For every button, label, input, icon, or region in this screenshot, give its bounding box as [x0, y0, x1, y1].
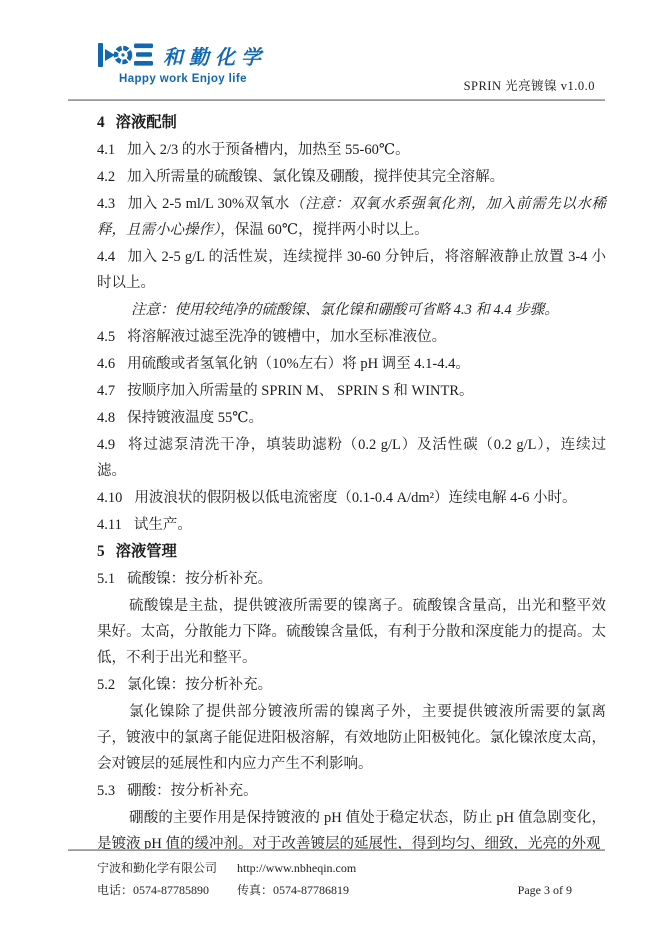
text-segment: 注意：使用较纯净的硫酸镍、氯化镍和硼酸可省略 4.3 和 4.4 步骤。 [131, 302, 559, 318]
page-indicator: Page 3 of 9 [518, 879, 572, 901]
company-logo: 和勤化学 Happy work Enjoy life [97, 40, 267, 85]
text-segment: 硫酸镍：按分析补充。 [127, 571, 272, 587]
item-number: 5.2 [97, 677, 115, 693]
text-segment: ，保温 60℃，搅拌两小时以上。 [220, 222, 428, 238]
footer-phone: 电话：0574-87785890 [97, 879, 237, 901]
document-body: 4溶液配制4.1加入 2/3 的水于预备槽内，加热至 55-60℃。4.2加入所… [97, 109, 606, 857]
item-number: 4.1 [97, 142, 115, 158]
item-number: 4.2 [97, 169, 115, 185]
note-line: 注意：使用较纯净的硫酸镍、氯化镍和硼酸可省略 4.3 和 4.4 步骤。 [97, 297, 606, 323]
text-segment: 加入 2-5 g/L 的活性炭，连续搅拌 30-60 分钟后，将溶解液静止放置 … [97, 249, 606, 291]
document-reference: SPRIN 光亮镀镍 v1.0.0 [464, 76, 595, 94]
section-number: 4 [97, 114, 105, 131]
logo-row: 和勤化学 [97, 40, 267, 70]
company-name-cn: 和勤化学 [163, 41, 267, 70]
text-segment: 加入 2-5 ml/L 30%双氧水 [127, 196, 290, 212]
text-segment: 加入 2/3 的水于预备槽内，加热至 55-60℃。 [127, 142, 409, 158]
footer-divider [68, 849, 605, 851]
list-item-4.5: 4.5将溶解液过滤至洗净的镀槽中，加水至标准液位。 [97, 324, 606, 350]
item-number: 4.6 [97, 356, 115, 372]
text-segment: 将溶解液过滤至洗净的镀槽中，加水至标准液位。 [127, 329, 446, 345]
list-item-5.2: 5.2氯化镍：按分析补充。 [97, 672, 606, 698]
text-segment: 硼酸：按分析补充。 [127, 783, 258, 799]
document-page: 和勤化学 Happy work Enjoy life SPRIN 光亮镀镍 v1… [0, 0, 671, 950]
item-number: 4.11 [97, 517, 122, 533]
item-number: 4.8 [97, 410, 115, 426]
footer-row-2: 电话：0574-87785890 传真：0574-87786819 Page 3… [97, 879, 572, 901]
body-paragraph: 硫酸镍是主盐，提供镀液所需要的镍离子。硫酸镍含量高，出光和整平效果好。太高，分散… [97, 593, 606, 671]
body-paragraph: 氯化镍除了提供部分镀液所需的镍离子外，主要提供镀液所需要的氯离子，镀液中的氯离子… [97, 699, 606, 777]
text-segment: 硫酸镍是主盐，提供镀液所需要的镍离子。硫酸镍含量高，出光和整平效果好。太高，分散… [97, 598, 606, 666]
section-title: 溶液管理 [116, 543, 177, 560]
list-item-4.9: 4.9将过滤泵清洗干净，填装助滤粉（0.2 g/L）及活性碳（0.2 g/L），… [97, 432, 606, 484]
item-number: 4.4 [97, 249, 115, 265]
list-item-5.3: 5.3硼酸：按分析补充。 [97, 778, 606, 804]
item-number: 5.3 [97, 783, 115, 799]
text-segment: 试生产。 [134, 517, 192, 533]
list-item-4.4: 4.4加入 2-5 g/L 的活性炭，连续搅拌 30-60 分钟后，将溶解液静止… [97, 244, 606, 296]
company-tagline: Happy work Enjoy life [97, 73, 267, 85]
section-heading: 5溶液管理 [97, 539, 606, 565]
text-segment: 用波浪状的假阴极以低电流密度（0.1-0.4 A/dm²）连续电解 4-6 小时… [134, 490, 576, 506]
list-item-4.6: 4.6用硫酸或者氢氧化钠（10%左右）将 pH 调至 4.1-4.4。 [97, 351, 606, 377]
list-item-4.10: 4.10用波浪状的假阴极以低电流密度（0.1-0.4 A/dm²）连续电解 4-… [97, 485, 606, 511]
section-heading: 4溶液配制 [97, 110, 606, 136]
section-title: 溶液配制 [116, 114, 177, 131]
footer-website: http://www.nbheqin.com [237, 857, 356, 879]
list-item-4.7: 4.7按顺序加入所需量的 SPRIN M、 SPRIN S 和 WINTR。 [97, 378, 606, 404]
item-number: 4.10 [97, 490, 122, 506]
item-number: 4.7 [97, 383, 115, 399]
list-item-4.3: 4.3加入 2-5 ml/L 30%双氧水（注意：双氧水系强氧化剂，加入前需先以… [97, 191, 606, 243]
list-item-4.2: 4.2加入所需量的硫酸镍、氯化镍及硼酸，搅拌使其完全溶解。 [97, 164, 606, 190]
list-item-4.11: 4.11试生产。 [97, 512, 606, 538]
item-number: 4.9 [97, 437, 115, 453]
list-item-5.1: 5.1硫酸镍：按分析补充。 [97, 566, 606, 592]
header-divider [68, 99, 605, 101]
text-segment: 用硫酸或者氢氧化钠（10%左右）将 pH 调至 4.1-4.4。 [127, 356, 470, 372]
text-segment: 硼酸的主要作用是保持镀液的 pH 值处于稳定状态，防止 pH 值急剧变化，是镀液… [97, 810, 606, 852]
text-segment: 保持镀液温度 55℃。 [127, 410, 263, 426]
text-segment: 将过滤泵清洗干净，填装助滤粉（0.2 g/L）及活性碳（0.2 g/L），连续过… [97, 437, 606, 479]
text-segment: 氯化镍：按分析补充。 [127, 677, 272, 693]
text-segment: 按顺序加入所需量的 SPRIN M、 SPRIN S 和 WINTR。 [127, 383, 473, 399]
item-number: 4.3 [97, 196, 115, 212]
footer-fax: 传真：0574-87786819 [237, 879, 349, 901]
footer-row-1: 宁波和勤化学有限公司 http://www.nbheqin.com [97, 857, 572, 879]
footer-company: 宁波和勤化学有限公司 [97, 857, 237, 879]
page-footer: 宁波和勤化学有限公司 http://www.nbheqin.com 电话：057… [97, 857, 572, 901]
text-segment: 氯化镍除了提供部分镀液所需的镍离子外，主要提供镀液所需要的氯离子，镀液中的氯离子… [97, 704, 606, 772]
section-number: 5 [97, 543, 105, 560]
list-item-4.8: 4.8保持镀液温度 55℃。 [97, 405, 606, 431]
item-number: 4.5 [97, 329, 115, 345]
text-segment: 加入所需量的硫酸镍、氯化镍及硼酸，搅拌使其完全溶解。 [127, 169, 504, 185]
heqin-logo-icon [97, 40, 155, 70]
item-number: 5.1 [97, 571, 115, 587]
list-item-4.1: 4.1加入 2/3 的水于预备槽内，加热至 55-60℃。 [97, 137, 606, 163]
